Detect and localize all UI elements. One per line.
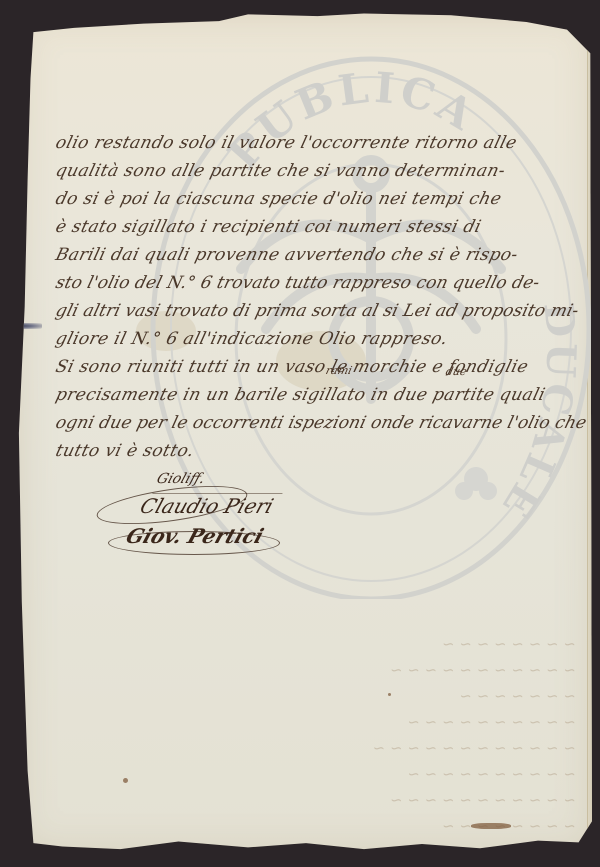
text-line: precisamente in un barile sigillato in d… — [53, 381, 580, 409]
text-line: Barili dai quali provenne avvertendo che… — [53, 241, 580, 269]
interlinear-insertion: due — [444, 365, 468, 378]
signature-block: Gioliff. Claudio Pieri Giov. Pertici — [116, 471, 336, 554]
text-line: tutto vi è sotto. — [53, 437, 580, 465]
scanned-document: PUBLICA DUCALE — [0, 0, 600, 867]
ink-spot — [388, 693, 391, 696]
text-line: sto l'olio del N.° 6 trovato tutto rappr… — [53, 269, 580, 297]
ink-smudge — [471, 823, 511, 829]
interlinear-insertion: rami — [324, 364, 353, 377]
text-line: gliore il N.° 6 all'indicazione Olio rap… — [53, 325, 580, 353]
text-line: è stato sigillato i recipienti coi numer… — [53, 213, 580, 241]
paper-tear — [18, 323, 42, 329]
text-line: ogni due per le occorrenti ispezioni ond… — [53, 409, 580, 437]
manuscript-body: olio restando solo il valore l'occorrent… — [56, 129, 576, 465]
text-line: olio restando solo il valore l'occorrent… — [53, 129, 580, 157]
page-fold-edge — [587, 41, 596, 851]
text-line: Si sono riuniti tutti in un vaso le morc… — [53, 353, 580, 381]
ink-spot — [123, 778, 128, 783]
text-line: qualità sono alle partite che si vanno d… — [53, 157, 580, 185]
paper-sheet: PUBLICA DUCALE — [16, 11, 596, 855]
signature-flourish — [108, 531, 280, 555]
text-line: gli altri vasi trovato di prima sorta al… — [53, 297, 580, 325]
text-line: do si è poi la ciascuna specie d'olio ne… — [53, 185, 580, 213]
bleed-through-text: ~ ~ ~ ~ ~ ~ ~ ~ ~ ~ ~ ~ ~ ~ ~ ~ ~ ~ ~ ~ … — [56, 631, 576, 839]
